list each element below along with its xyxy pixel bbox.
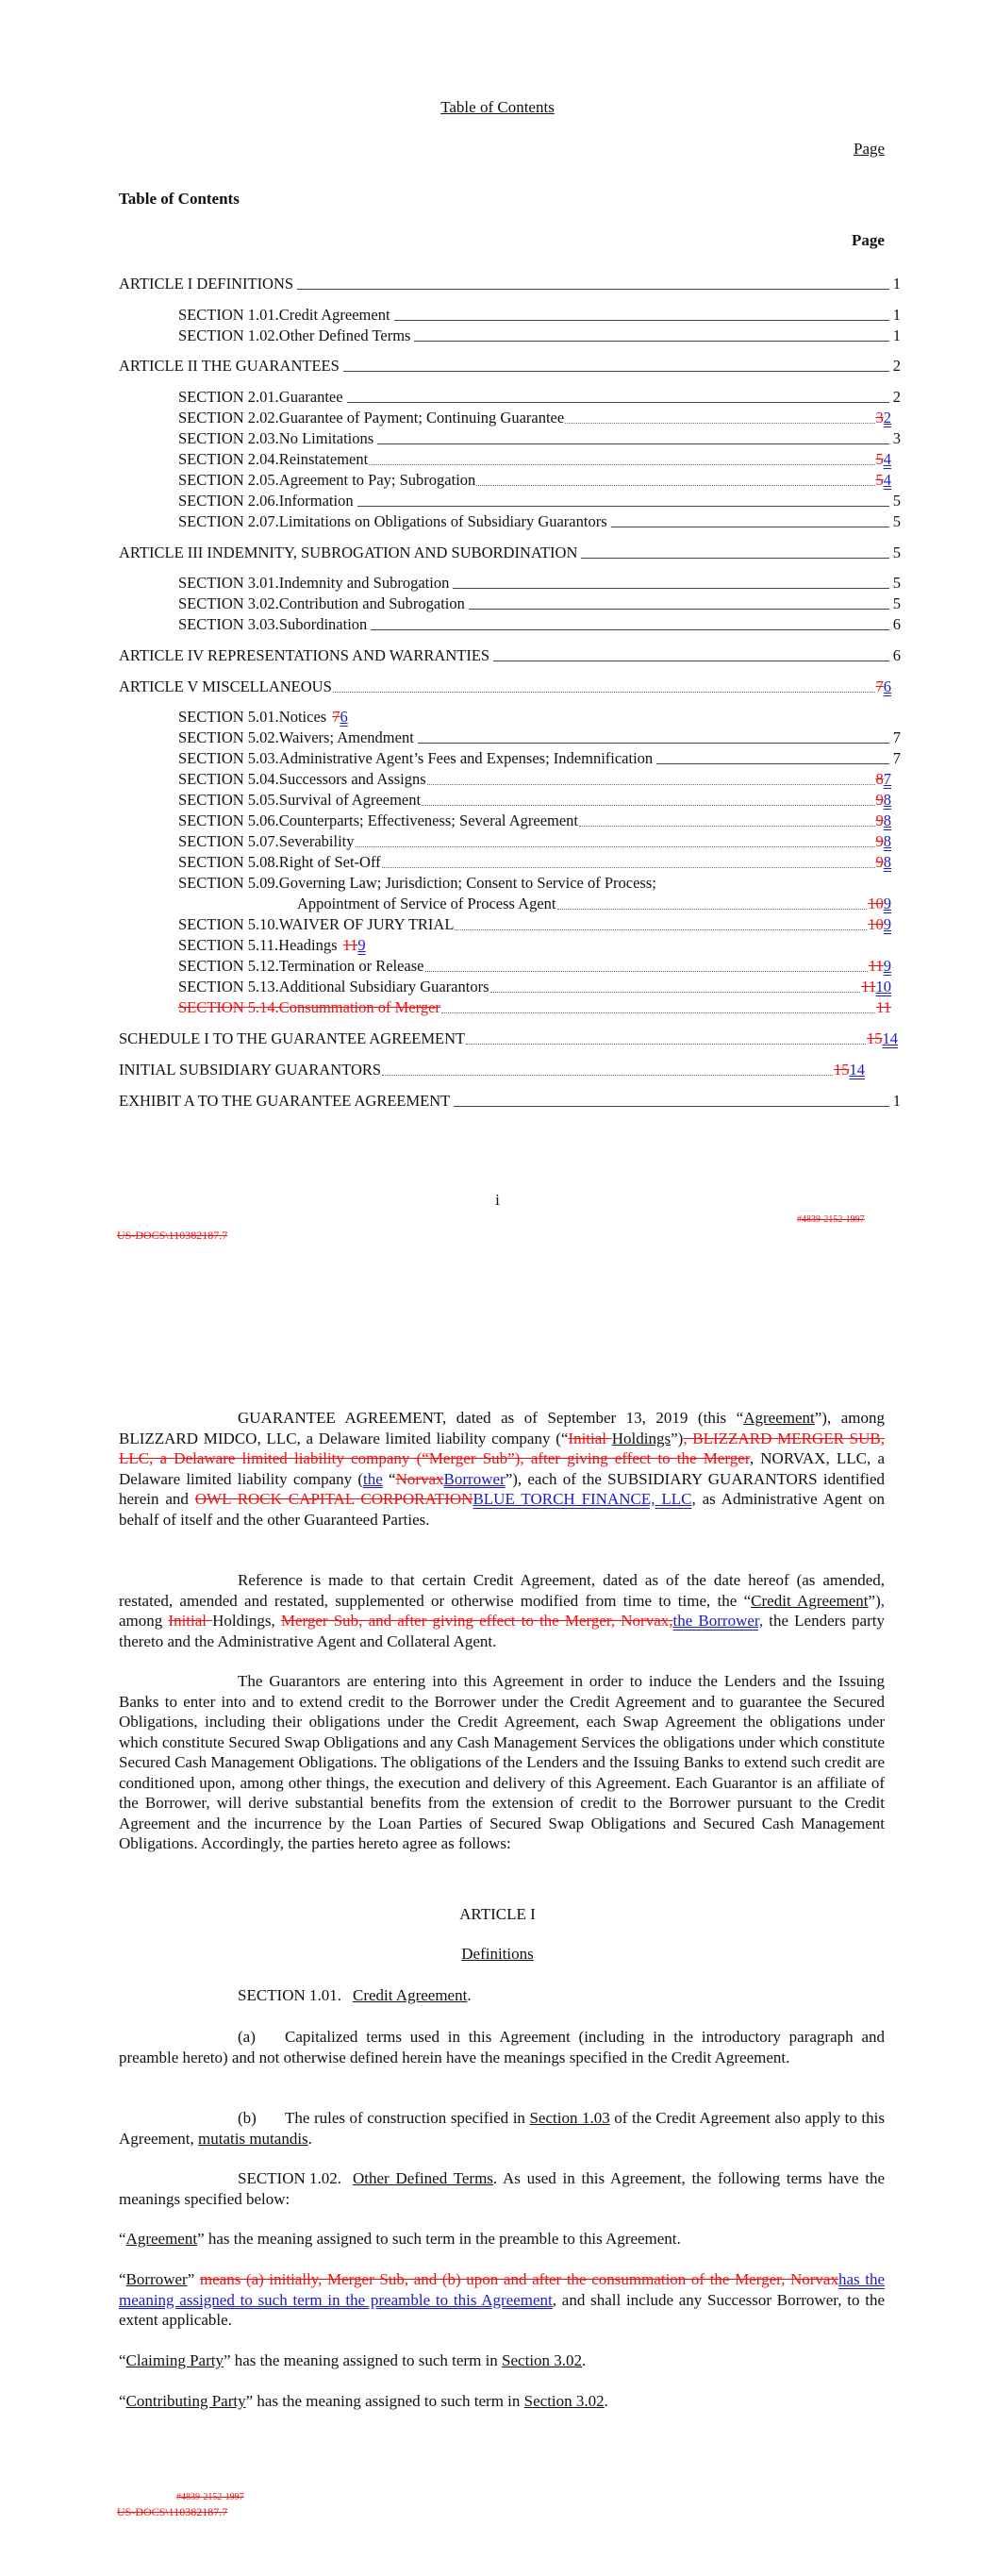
toc-leader [347, 402, 889, 403]
toc-entry-label[interactable]: SECTION 5.08.Right of Set-Off [0, 853, 381, 872]
page-number: i [0, 1191, 995, 1210]
toc-leader [427, 784, 875, 785]
toc-leader [414, 341, 888, 342]
toc-entry[interactable]: SECTION 1.02.Other Defined Terms1 [0, 325, 901, 345]
defined-term-agreement: Agreement [743, 1409, 815, 1427]
inserted-text: , [881, 1592, 885, 1610]
toc-entry-page: 11 [876, 998, 891, 1017]
toc-entry-page: 6 [893, 646, 901, 665]
deleted-text: Merger Sub, and after giving effect to t… [281, 1612, 673, 1630]
toc-entry-page: 1110 [861, 978, 891, 996]
toc-entry-label[interactable]: SECTION 5.07.Severability [0, 832, 355, 851]
deleted-text: Norvax [396, 1470, 444, 1488]
deleted-text: OWL ROCK CAPITAL CORPORATION [195, 1490, 473, 1508]
toc-entry-page: 98 [876, 791, 892, 810]
toc-leader [490, 992, 861, 993]
toc-entry[interactable]: SECTION 2.02.Guarantee of Payment; Conti… [0, 407, 891, 427]
toc-entry[interactable]: SCHEDULE I TO THE GUARANTEE AGREEMENT151… [0, 1028, 898, 1048]
definition-borrower: “Borrower” means (a) initially, Merger S… [119, 2269, 885, 2331]
toc-entry-page: 5 [893, 594, 901, 613]
toc-entry-page: 1 [893, 326, 901, 345]
page-column-label-top: Page [854, 140, 885, 159]
toc-entry-label[interactable]: Appointment of Service of Process Agent [0, 895, 556, 913]
definition-claiming-party: “Claiming Party” has the meaning assigne… [119, 2350, 885, 2371]
toc-entry-page: 54 [876, 450, 892, 469]
toc-entry-label[interactable]: ARTICLE IV REPRESENTATIONS AND WARRANTIE… [0, 646, 489, 665]
toc-entry-label[interactable]: SECTION 5.14.Consummation of Merger [0, 998, 440, 1017]
toc-entry-label[interactable]: SECTION 5.12.Termination or Release [0, 957, 424, 976]
toc-entry-page: 98 [876, 811, 892, 830]
toc-entry[interactable]: SECTION 5.03.Administrative Agent’s Fees… [0, 747, 901, 768]
toc-entry[interactable]: SECTION 2.06.Information5 [0, 490, 901, 510]
toc-entry-label[interactable]: SECTION 2.04.Reinstatement [0, 450, 368, 469]
toc-entry-label[interactable]: SECTION 2.02.Guarantee of Payment; Conti… [0, 409, 564, 427]
toc-entry[interactable]: SECTION 2.05.Agreement to Pay; Subrogati… [0, 469, 891, 490]
toc-entry-page: 54 [876, 471, 892, 490]
toc-entry-label[interactable]: SECTION 5.09.Governing Law; Jurisdiction… [0, 874, 656, 893]
toc-entry[interactable]: SECTION 5.05.Survival of Agreement98 [0, 789, 891, 810]
toc-entry-label[interactable]: SECTION 5.11.Headings [0, 936, 338, 955]
toc-entry[interactable]: ARTICLE I DEFINITIONS1 [0, 273, 901, 293]
toc-leader [453, 588, 888, 589]
toc-entry-page: 1 [893, 306, 901, 325]
toc-entry-page: 109 [868, 915, 891, 934]
toc-leader [297, 289, 889, 290]
toc-leader [581, 558, 888, 559]
toc-entry-page: 2 [893, 357, 901, 376]
toc-entry-page: 119 [869, 957, 891, 976]
toc-entry-page: 1 [893, 275, 901, 293]
toc-entry[interactable]: SECTION 5.01.Notices76 [0, 706, 995, 727]
toc-entry[interactable]: SECTION 5.07.Severability98 [0, 830, 891, 851]
toc-entry-page: 5 [893, 544, 901, 562]
toc-entry[interactable]: ARTICLE V MISCELLANEOUS76 [0, 676, 891, 696]
deleted-text: means (a) initially, Merger Sub, and (b)… [200, 2270, 838, 2288]
toc-entry[interactable]: SECTION 5.02.Waivers; Amendment7 [0, 727, 901, 747]
toc-entry-page: 1514 [867, 1029, 898, 1048]
section-1-01-b: (b)The rules of construction specified i… [119, 2108, 885, 2149]
toc-entry[interactable]: ARTICLE IV REPRESENTATIONS AND WARRANTIE… [0, 644, 901, 665]
toc-entry-label[interactable]: SECTION 2.07.Limitations on Obligations … [0, 512, 607, 531]
toc-entry-label[interactable]: ARTICLE II THE GUARANTEES [0, 357, 340, 376]
toc-entry[interactable]: SECTION 5.10.WAIVER OF JURY TRIAL109 [0, 913, 891, 934]
toc-leader [356, 846, 875, 847]
toc-entry[interactable]: SECTION 2.03.No Limitations3 [0, 427, 901, 448]
toc-entry-label[interactable]: SECTION 3.01.Indemnity and Subrogation [0, 574, 449, 593]
toc-entry-page: 2 [893, 388, 901, 407]
toc-entry-label[interactable]: EXHIBIT A TO THE GUARANTEE AGREEMENT [0, 1092, 450, 1111]
article-subtitle: Definitions [0, 1945, 995, 1964]
preamble-paragraph: GUARANTEE AGREEMENT, dated as of Septemb… [119, 1408, 885, 1530]
toc-entry[interactable]: SECTION 2.04.Reinstatement54 [0, 448, 891, 469]
toc-entry-page: 76 [332, 708, 348, 727]
toc-entry-page: 5 [893, 512, 901, 531]
section-1-01-a: (a)Capitalized terms used in this Agreem… [119, 2027, 885, 2067]
toc-entry[interactable]: EXHIBIT A TO THE GUARANTEE AGREEMENT1 [0, 1090, 901, 1111]
toc-entry[interactable]: ARTICLE II THE GUARANTEES2 [0, 355, 901, 376]
toc-entry-label[interactable]: SECTION 5.13.Additional Subsidiary Guara… [0, 978, 489, 996]
guarantors-paragraph: The Guarantors are entering into this Ag… [119, 1671, 885, 1854]
toc-entry-label[interactable]: SCHEDULE I TO THE GUARANTEE AGREEMENT [0, 1029, 465, 1048]
toc-leader [493, 661, 889, 661]
page-column-label: Page [852, 231, 885, 250]
toc-leader [377, 443, 889, 444]
toc-entry[interactable]: SECTION 5.12.Termination or Release119 [0, 955, 891, 976]
toc-entry-page: 7 [893, 728, 901, 747]
toc-entry-label[interactable]: SECTION 5.04.Successors and Assigns [0, 770, 426, 789]
toc-leader [418, 743, 889, 744]
toc-entry[interactable]: SECTION 5.11.Headings119 [0, 934, 995, 955]
article-title: ARTICLE I [0, 1905, 995, 1924]
toc-entry[interactable]: SECTION 3.03.Subordination6 [0, 613, 901, 634]
toc-leader [656, 763, 889, 764]
toc-heading: Table of Contents [119, 190, 240, 209]
toc-entry-label[interactable]: SECTION 1.02.Other Defined Terms [0, 326, 410, 345]
toc-leader [394, 320, 889, 321]
inserted-text: the Borrower, [673, 1612, 764, 1630]
toc-entry-label[interactable]: SECTION 5.06.Counterparts; Effectiveness… [0, 811, 578, 830]
toc-leader [425, 971, 868, 972]
toc-entry-label[interactable]: SECTION 2.06.Information [0, 492, 354, 510]
toc-entry[interactable]: SECTION 5.06.Counterparts; Effectiveness… [0, 810, 891, 830]
toc-leader [611, 527, 889, 527]
toc-entry[interactable]: SECTION 5.08.Right of Set-Off98 [0, 851, 891, 872]
toc-entry-label[interactable]: SECTION 2.01.Guarantee [0, 388, 343, 407]
toc-entry[interactable]: INITIAL SUBSIDIARY GUARANTORS1514 [0, 1059, 865, 1079]
toc-entry-label[interactable]: SECTION 5.03.Administrative Agent’s Fees… [0, 749, 653, 768]
toc-leader [469, 609, 889, 610]
toc-entry[interactable]: SECTION 5.13.Additional Subsidiary Guara… [0, 976, 891, 996]
toc-entry[interactable]: SECTION 3.02.Contribution and Subrogatio… [0, 593, 901, 613]
toc-entry-page: 98 [876, 853, 892, 872]
deleted-text: Initial [568, 1430, 611, 1447]
toc-entry-label[interactable]: SECTION 5.02.Waivers; Amendment [0, 728, 414, 747]
toc-leader [371, 629, 888, 630]
inserted-text: Borrower [444, 1470, 506, 1488]
toc-entry-label[interactable]: ARTICLE I DEFINITIONS [0, 275, 293, 293]
toc-entry[interactable]: SECTION 1.01.Credit Agreement1 [0, 304, 901, 325]
toc-entry[interactable]: SECTION 3.01.Indemnity and Subrogation5 [0, 572, 901, 593]
toc-entry[interactable]: ARTICLE III INDEMNITY, SUBROGATION AND S… [0, 542, 901, 562]
toc-leader [369, 464, 874, 465]
toc-leader [476, 485, 874, 486]
toc-leader [422, 805, 874, 806]
toc-entry-page: 1 [893, 1092, 901, 1111]
toc-entry-label[interactable]: ARTICLE V MISCELLANEOUS [0, 677, 332, 696]
toc-leader [357, 506, 889, 507]
toc-leader [565, 423, 874, 424]
toc-entry[interactable]: SECTION 5.14.Consummation of Merger11 [0, 996, 891, 1017]
toc-leader [333, 692, 875, 693]
reference-paragraph: Reference is made to that certain Credit… [119, 1570, 885, 1651]
toc-entry-label[interactable]: SECTION 2.05.Agreement to Pay; Subrogati… [0, 471, 475, 490]
toc-entry-label[interactable]: SECTION 5.10.WAIVER OF JURY TRIAL [0, 915, 454, 934]
inserted-text: the [363, 1470, 383, 1488]
toc-entry-page: 76 [876, 677, 892, 696]
toc-entry-page: 87 [876, 770, 892, 789]
toc-entry-label[interactable]: SECTION 3.02.Contribution and Subrogatio… [0, 594, 465, 613]
toc-entry-page: 3 [893, 429, 901, 448]
toc-entry-label[interactable]: SECTION 5.01.Notices [0, 708, 326, 727]
toc-entry-page: 7 [893, 749, 901, 768]
toc-leader [382, 1075, 833, 1076]
toc-leader [441, 1012, 875, 1013]
toc-entry[interactable]: SECTION 2.07.Limitations on Obligations … [0, 510, 901, 531]
doc-id-right-footer: #4839-2152-1997 [176, 2492, 244, 2502]
toc-entry-page: 119 [343, 936, 366, 955]
toc-entry-page: 5 [893, 574, 901, 593]
definition-contributing-party: “Contributing Party” has the meaning ass… [119, 2391, 885, 2412]
toc-leader [454, 1106, 889, 1107]
toc-entry[interactable]: SECTION 2.01.Guarantee2 [0, 386, 901, 407]
toc-entry-label[interactable]: SECTION 3.03.Subordination [0, 615, 367, 634]
doc-id-left: US-DOCS\110382187.7 [117, 1229, 227, 1243]
toc-entry-label[interactable]: SECTION 5.05.Survival of Agreement [0, 791, 421, 810]
toc-leader [455, 929, 867, 930]
toc-entry[interactable]: SECTION 5.09.Governing Law; Jurisdiction… [0, 872, 995, 893]
toc-leader [343, 371, 889, 372]
toc-leader [382, 867, 875, 868]
inserted-text: BLUE TORCH FINANCE, LLC [473, 1490, 691, 1508]
toc-entry-label[interactable]: SECTION 2.03.No Limitations [0, 429, 373, 448]
toc-entry-label[interactable]: INITIAL SUBSIDIARY GUARANTORS [0, 1061, 381, 1079]
toc-entry-label[interactable]: SECTION 1.01.Credit Agreement [0, 306, 390, 325]
toc-entry[interactable]: SECTION 5.04.Successors and Assigns87 [0, 768, 891, 789]
toc-leader [557, 909, 868, 910]
toc-leader [466, 1044, 866, 1045]
deleted-text: Initial [168, 1612, 212, 1630]
toc-entry-page: 6 [893, 615, 901, 634]
section-1-02: SECTION 1.02.Other Defined Terms. As use… [119, 2168, 885, 2209]
doc-id-right: #4839-2152-1997 [797, 1214, 865, 1225]
section-1-01-heading: SECTION 1.01.Credit Agreement. [238, 1986, 472, 2005]
doc-id-left-footer: US-DOCS\110382187.7 [117, 2505, 227, 2519]
toc-leader [579, 826, 874, 827]
definition-agreement: “Agreement” has the meaning assigned to … [119, 2229, 885, 2250]
toc-entry-page: 1514 [834, 1061, 865, 1079]
toc-entry-page: 109 [868, 895, 891, 913]
toc-entry-page: 98 [876, 832, 892, 851]
toc-entry-page: 32 [876, 409, 892, 427]
toc-entry[interactable]: Appointment of Service of Process Agent1… [0, 893, 891, 913]
toc-entry-label[interactable]: ARTICLE III INDEMNITY, SUBROGATION AND S… [0, 544, 577, 562]
toc-top-title: Table of Contents [0, 98, 995, 117]
toc-entry-page: 5 [893, 492, 901, 510]
